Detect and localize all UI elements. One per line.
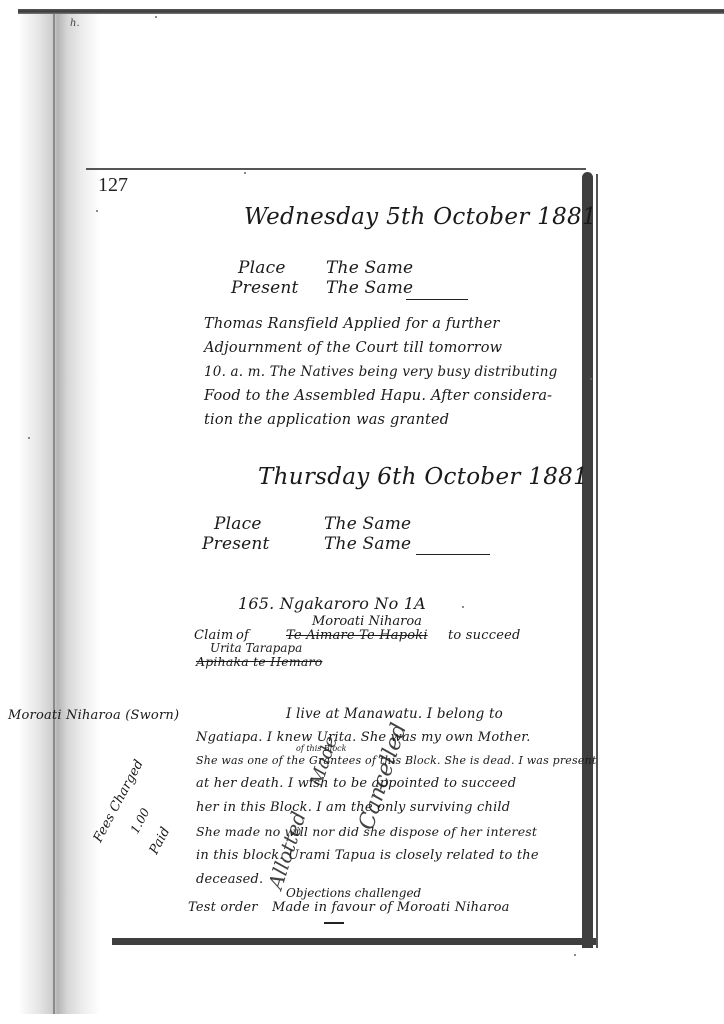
claimant-inserted: Moroati Niharoa (312, 614, 422, 629)
speck (590, 378, 592, 380)
deceased-struck: Apihaka te Hemaro (196, 654, 322, 669)
witness-name: Moroati Niharoa (Sworn) (8, 708, 179, 723)
thursday-place-label: Place (214, 514, 262, 534)
wednesday-line-4: Food to the Assembled Hapu. After consid… (204, 388, 552, 404)
gutter-mark: h. (70, 18, 80, 29)
book-spine-line (53, 14, 55, 1014)
order-insertion: Objections challenged (286, 886, 421, 900)
testimony-line-8: deceased. (196, 872, 263, 887)
speck (462, 606, 464, 608)
wednesday-present-label: Present (231, 278, 299, 298)
wednesday-heading: Wednesday 5th October 1881 (244, 204, 597, 230)
wednesday-line-1: Thomas Ransfield Applied for a further (204, 316, 500, 332)
wednesday-line-2: Adjournment of the Court till tomorrow (204, 340, 502, 356)
testimony-line-7: in this block. Urami Tapua is closely re… (196, 848, 539, 863)
thursday-heading: Thursday 6th October 1881 (258, 464, 588, 490)
page-bottom-border (112, 938, 596, 945)
wednesday-place-label: Place (238, 258, 286, 278)
wednesday-line-5: tion the application was granted (204, 412, 449, 428)
wednesday-present-value: The Same (326, 278, 413, 298)
testimony-line-5: her in this Block. I am the only survivi… (196, 800, 510, 815)
speck (28, 437, 30, 439)
thursday-present-value: The Same (324, 534, 411, 554)
speck (574, 954, 576, 956)
speck (244, 172, 246, 174)
swash (406, 299, 468, 300)
page-top-border (86, 168, 586, 170)
order-mark (324, 922, 344, 924)
case-title: 165. Ngakaroro No 1A (238, 594, 426, 613)
wednesday-place-value: The Same (326, 258, 413, 278)
thursday-place-value: The Same (324, 514, 411, 534)
page-right-edge (596, 174, 598, 948)
deceased-inserted: Urita Tarapapa (210, 641, 302, 655)
swash (416, 554, 490, 555)
page-number: 127 (98, 174, 128, 197)
thursday-present-label: Present (202, 534, 270, 554)
order-label: Test order (188, 900, 258, 915)
testimony-line-4: at her death. I wish to be appointed to … (196, 776, 516, 791)
speck (96, 210, 98, 212)
claimant-struck: Te Aimare Te Hapoki (286, 628, 428, 643)
wednesday-line-3: 10. a. m. The Natives being very busy di… (204, 364, 557, 380)
page-right-border (582, 172, 593, 948)
claim-suffix: to succeed (448, 628, 521, 643)
scan-top-edge (18, 9, 724, 14)
testimony-line-2: Ngatiapa. I knew Urita. She was my own M… (196, 730, 531, 745)
testimony-line-1: I live at Manawatu. I belong to (286, 706, 503, 722)
speck (155, 16, 157, 18)
order-text: Made in favour of Moroati Niharoa (272, 900, 510, 915)
